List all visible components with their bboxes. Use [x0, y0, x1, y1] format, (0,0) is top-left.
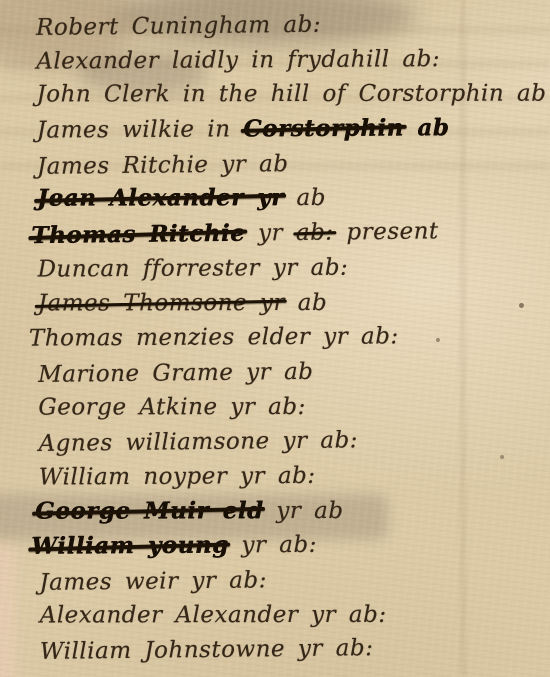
handwritten-text: John Clerk in the hill of Corstorphin ab	[36, 81, 546, 108]
manuscript-line: William noyper yr ab:	[39, 459, 549, 497]
manuscript-line: John Clerk in the hill of Corstorphin ab	[36, 79, 546, 115]
handwritten-text: Duncan fforrester yr ab:	[37, 254, 348, 282]
handwritten-text: Agnes williamsone yr ab:	[38, 428, 358, 458]
handwritten-text: ab	[284, 185, 326, 211]
manuscript-line: Thomas menzies elder yr ab:	[29, 321, 548, 359]
manuscript-lines: Robert Cuningham ab:Alexander laidly in …	[36, 8, 550, 670]
handwritten-text: James Ritchie yr ab	[37, 151, 289, 180]
manuscript-line: Thomas Ritchie yr ab: present	[31, 215, 547, 256]
handwritten-text: James weir yr ab:	[39, 567, 267, 596]
handwritten-text: yr ab	[263, 498, 343, 524]
handwritten-text: Marione Grame yr ab	[38, 359, 314, 388]
handwritten-text: Robert Cuningham ab:	[36, 12, 321, 41]
handwritten-text: William Johnstowne yr ab:	[40, 635, 374, 665]
handwritten-text: ab	[404, 114, 450, 141]
stain-bottom-left-edge	[0, 545, 16, 677]
struck-text: Thomas Ritchie	[31, 220, 245, 249]
manuscript-line: James Thomsone yr ab	[38, 287, 548, 323]
handwritten-text: James wilkie in	[37, 116, 244, 143]
struck-text: William young	[31, 532, 229, 560]
struck-text: James Thomsone yr	[38, 290, 285, 316]
manuscript-line: William Johnstowne yr ab:	[40, 631, 550, 671]
struck-text: Corstorphin	[243, 114, 404, 142]
handwritten-text: ab	[285, 289, 327, 315]
handwritten-text: yr	[245, 220, 296, 247]
handwritten-text: Alexander Alexander yr ab:	[40, 602, 387, 629]
manuscript-line: Marione Grame yr ab	[38, 354, 548, 394]
handwritten-text: present	[333, 218, 438, 245]
manuscript-line: James Ritchie yr ab	[37, 146, 547, 186]
handwritten-text: William noyper yr ab:	[39, 463, 316, 491]
manuscript-line: James weir yr ab:	[39, 562, 549, 602]
manuscript-line: George Muir eld yr ab	[35, 495, 549, 531]
manuscript-line: James wilkie in Corstorphin ab	[37, 113, 547, 151]
manuscript-line: Agnes williamsone yr ab:	[38, 423, 548, 463]
struck-text: Jean Alexander yr	[37, 184, 284, 211]
manuscript-line: Alexander Alexander yr ab:	[40, 599, 550, 635]
handwritten-text: Alexander laidly in frydahill ab:	[36, 46, 440, 74]
manuscript-line: William young yr ab:	[31, 529, 549, 567]
manuscript-line: George Atkine yr ab:	[38, 391, 548, 427]
manuscript-scan: { "page": { "kind": "handwritten manuscr…	[0, 0, 550, 677]
handwritten-text: yr ab:	[229, 532, 317, 559]
manuscript-line: Duncan fforrester yr ab:	[37, 251, 547, 289]
manuscript-line: Alexander laidly in frydahill ab:	[36, 43, 546, 81]
struck-text: George Muir eld	[35, 497, 263, 524]
handwritten-text: Thomas menzies elder yr ab:	[29, 324, 399, 352]
struck-text: ab:	[296, 220, 334, 246]
handwritten-text: George Atkine yr ab:	[38, 394, 305, 420]
manuscript-line: Robert Cuningham ab:	[36, 7, 546, 47]
manuscript-line: Jean Alexander yr ab	[37, 183, 547, 219]
